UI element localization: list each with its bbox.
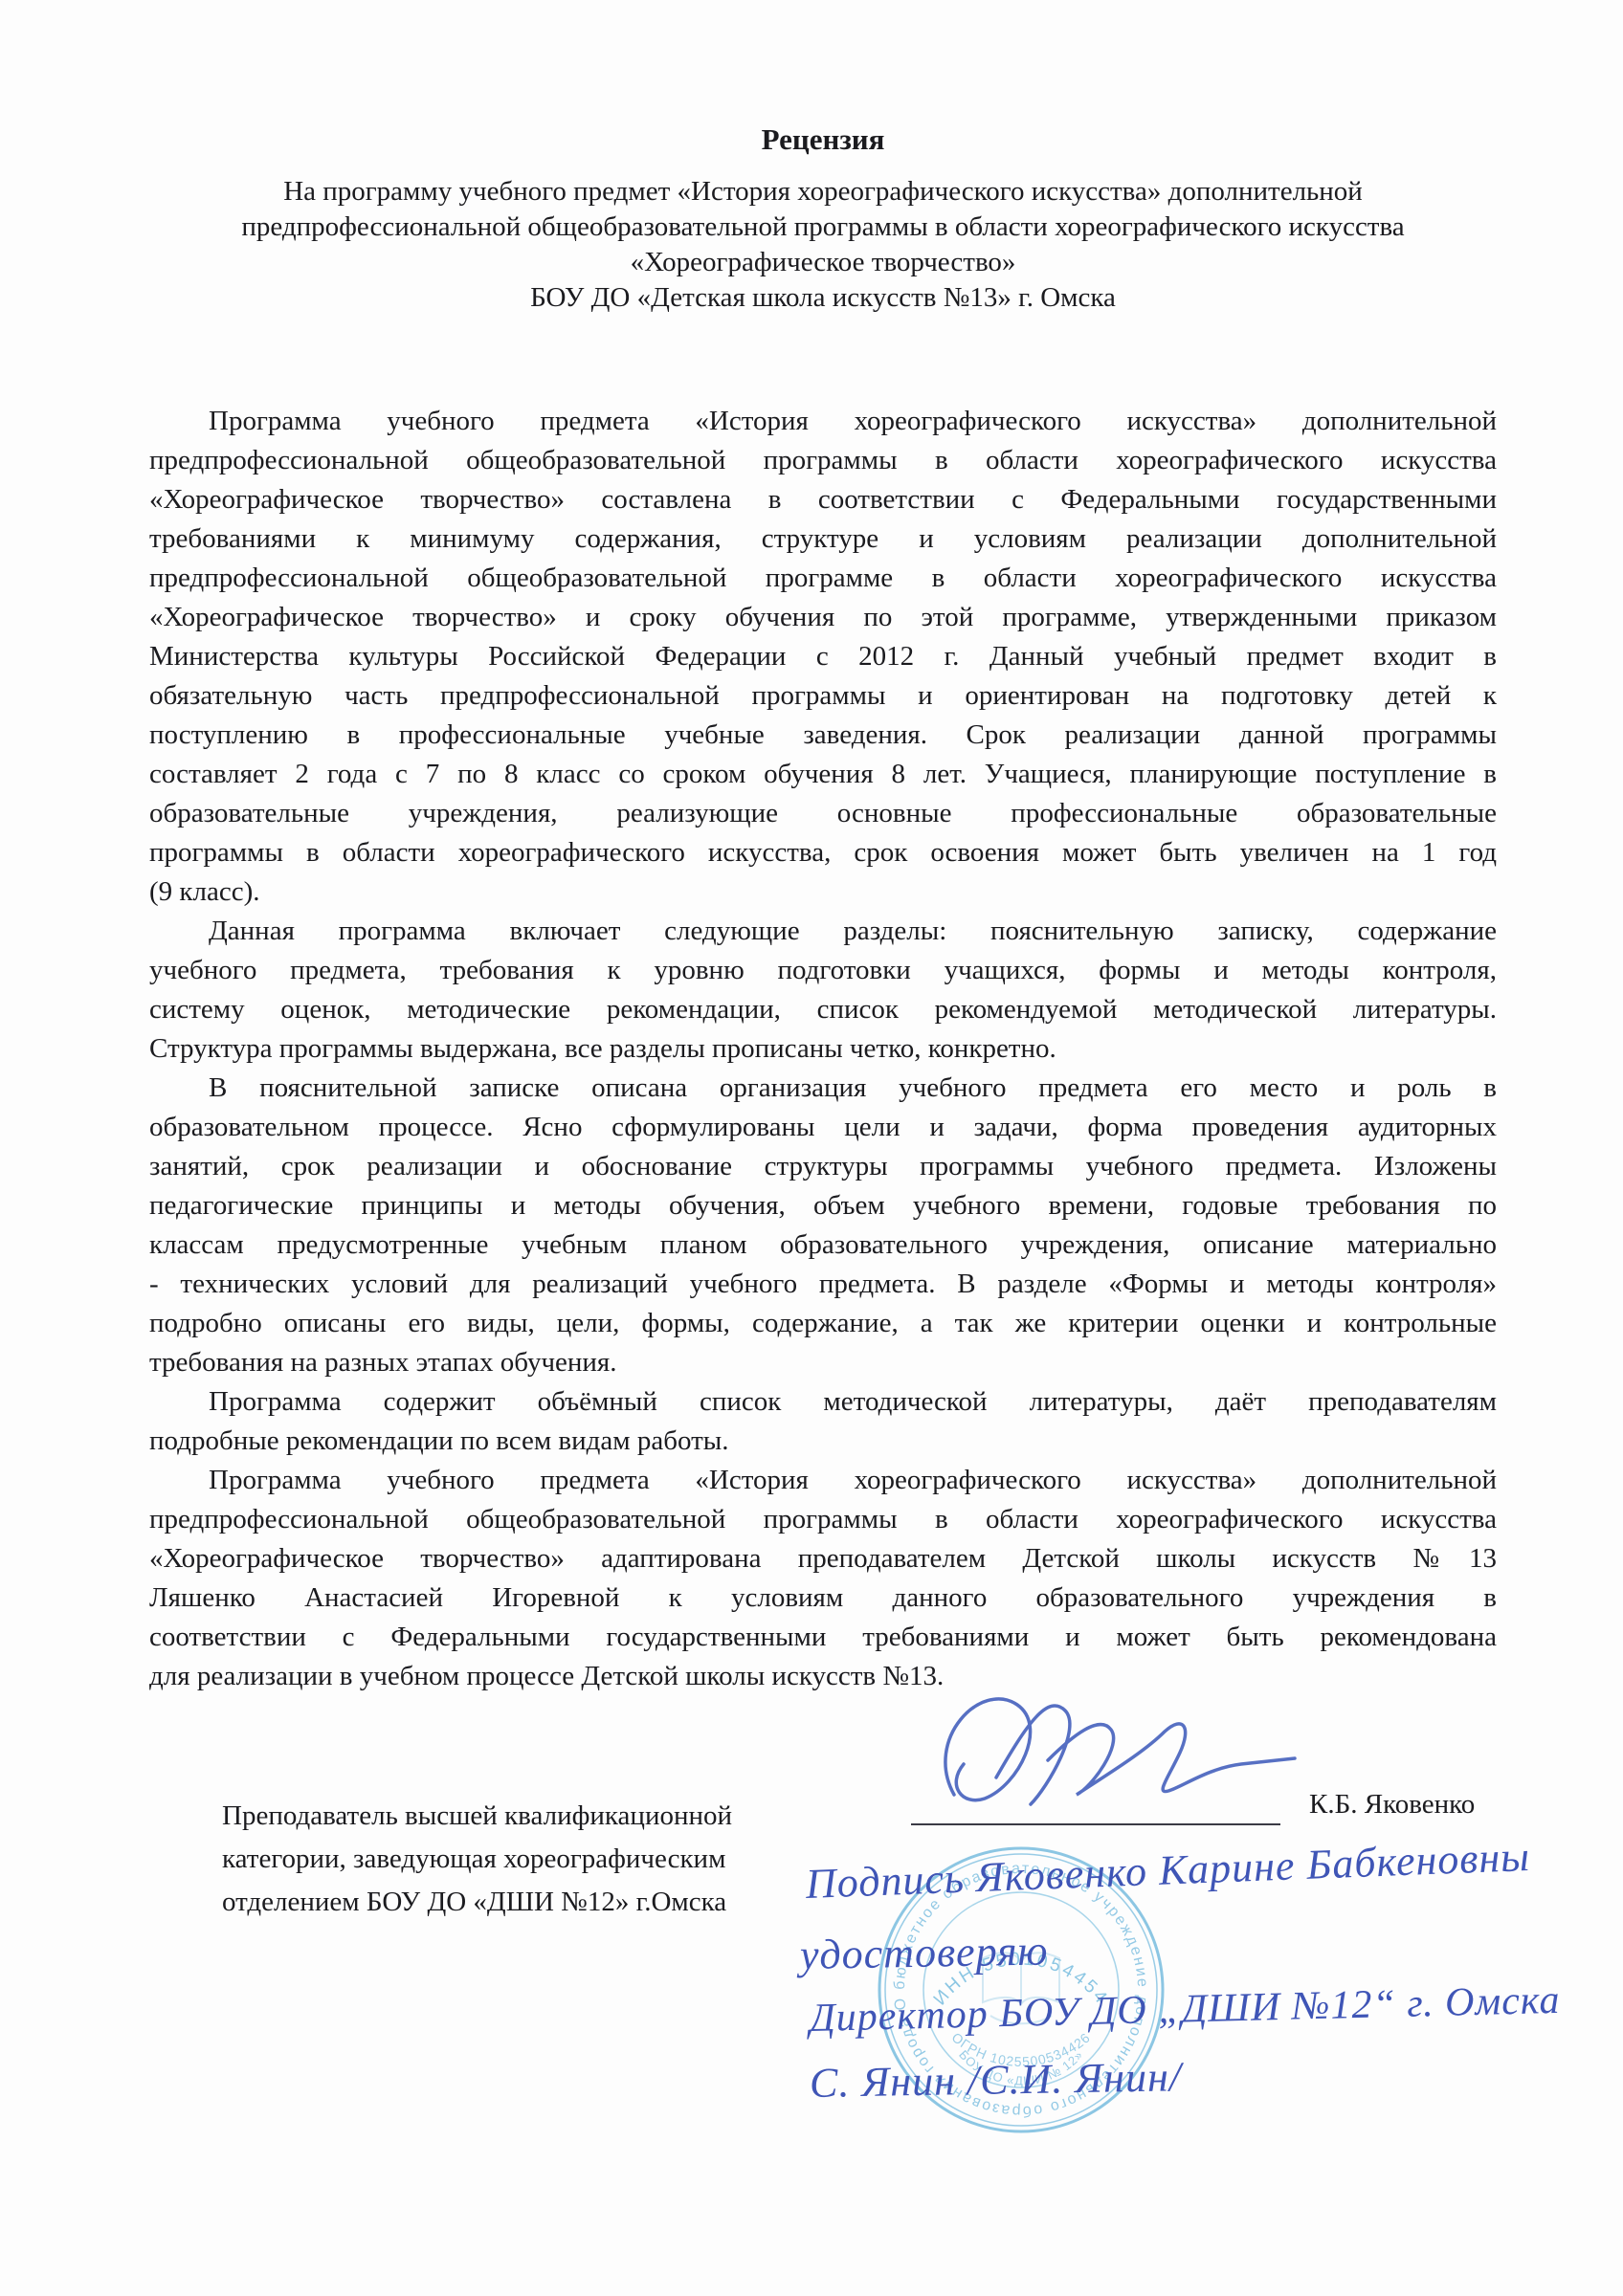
body-line: (9 класс). — [149, 872, 1497, 912]
body-line: подробно описаны его виды, цели, формы, … — [149, 1304, 1497, 1343]
body-line: классам предусмотренные учебным планом о… — [149, 1225, 1497, 1265]
body-paragraph: В пояснительной записке описана организа… — [149, 1069, 1497, 1382]
body-line: требованиями к минимуму содержания, стру… — [149, 519, 1497, 559]
reviewer-title-block: Преподаватель высшей квалификационной ка… — [222, 1795, 796, 1924]
body-line: Программа учебного предмета «История хор… — [149, 1461, 1497, 1500]
body-paragraph: Программа учебного предмета «История хор… — [149, 1461, 1497, 1696]
subject-line: На программу учебного предмет «История х… — [149, 174, 1497, 210]
body-line: обязательную часть предпрофессиональной … — [149, 676, 1497, 716]
reviewer-title-line: отделением БОУ ДО «ДШИ №12» г.Омска — [222, 1881, 796, 1924]
body-line: образовательном процессе. Ясно сформулир… — [149, 1108, 1497, 1147]
body-line: предпрофессиональной общеобразовательной… — [149, 559, 1497, 598]
subject-line: «Хореографическое творчество» — [149, 245, 1497, 280]
document-title: Рецензия — [149, 0, 1497, 159]
body-line: составляет 2 года с 7 по 8 класс со срок… — [149, 755, 1497, 794]
body-line: образовательные учреждения, реализующие … — [149, 794, 1497, 833]
body-line: Программа учебного предмета «История хор… — [149, 402, 1497, 441]
body-line: «Хореографическое творчество» составлена… — [149, 480, 1497, 519]
body-line: «Хореографическое творчество» и сроку об… — [149, 598, 1497, 637]
body-line: Министерства культуры Российской Федерац… — [149, 637, 1497, 676]
body-line: предпрофессиональной общеобразовательной… — [149, 1500, 1497, 1539]
document-subject-block: На программу учебного предмет «История х… — [149, 174, 1497, 316]
body-line: учебного предмета, требования к уровню п… — [149, 951, 1497, 990]
document-content: Рецензия На программу учебного предмет «… — [149, 0, 1497, 1696]
document-body: Программа учебного предмета «История хор… — [149, 402, 1497, 1696]
body-line: Ляшенко Анастасией Игоревной к условиям … — [149, 1578, 1497, 1618]
subject-line: БОУ ДО «Детская школа искусств №13» г. О… — [149, 280, 1497, 316]
body-line: «Хореографическое творчество» адаптирова… — [149, 1539, 1497, 1578]
body-paragraph: Данная программа включает следующие разд… — [149, 912, 1497, 1069]
body-line: предпрофессиональной общеобразовательной… — [149, 441, 1497, 480]
body-line: - технических условий для реализаций уче… — [149, 1265, 1497, 1304]
body-line: педагогические принципы и методы обучени… — [149, 1186, 1497, 1225]
body-paragraph: Программа содержит объёмный список метод… — [149, 1382, 1497, 1461]
body-line: Программа содержит объёмный список метод… — [149, 1382, 1497, 1422]
signature-scribble — [904, 1672, 1316, 1830]
signer-name: К.Б. Яковенко — [1309, 1789, 1475, 1821]
body-line: поступлению в профессиональные учебные з… — [149, 716, 1497, 755]
body-line: требования на разных этапах обучения. — [149, 1343, 1497, 1382]
body-line: подробные рекомендации по всем видам раб… — [149, 1422, 1497, 1461]
signature-line — [911, 1823, 1280, 1825]
reviewer-title-line: Преподаватель высшей квалификационной — [222, 1795, 796, 1838]
handwritten-certification-line: С. Янин /С.И. Янин/ — [810, 2052, 1183, 2108]
body-line: систему оценок, методические рекомендаци… — [149, 990, 1497, 1029]
body-line: В пояснительной записке описана организа… — [149, 1069, 1497, 1108]
body-line: Данная программа включает следующие разд… — [149, 912, 1497, 951]
scanned-review-document: Рецензия На программу учебного предмет «… — [0, 0, 1623, 2296]
body-paragraph: Программа учебного предмета «История хор… — [149, 402, 1497, 912]
body-line: Структура программы выдержана, все разде… — [149, 1029, 1497, 1069]
handwritten-certification-line: удостоверяю — [800, 1926, 1049, 1979]
reviewer-title-line: категории, заведующая хореографическим — [222, 1838, 796, 1881]
body-line: занятий, срок реализации и обоснование с… — [149, 1147, 1497, 1186]
body-line: соответствии с Федеральными государствен… — [149, 1618, 1497, 1657]
subject-line: предпрофессиональной общеобразовательной… — [149, 210, 1497, 245]
body-line: программы в области хореографического ис… — [149, 833, 1497, 872]
